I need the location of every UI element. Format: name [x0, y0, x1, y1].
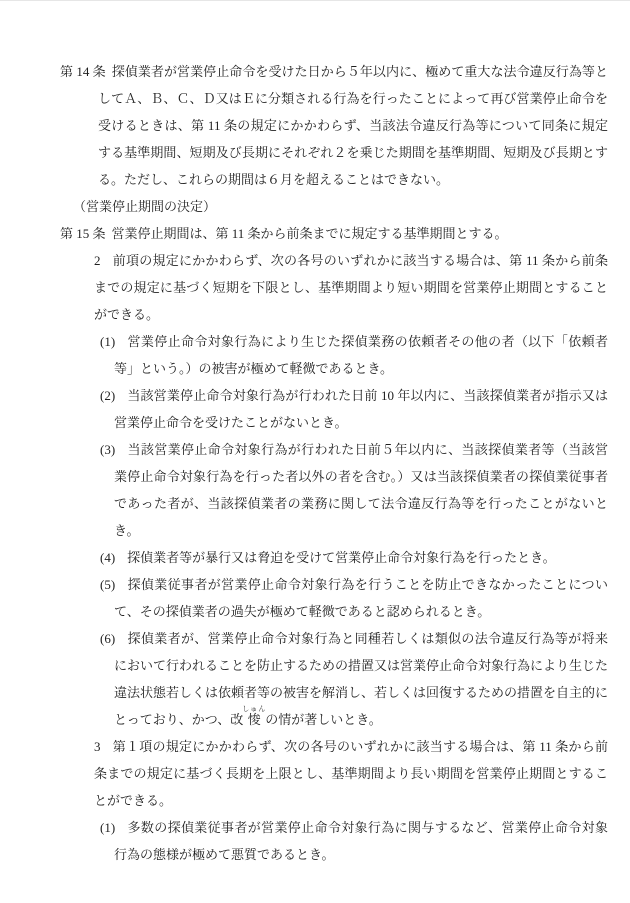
item-4-text: 探偵業者等が暴行又は脅迫を受けて営業停止命令対象行為を行ったとき。 — [127, 550, 555, 565]
paragraph-2-number: 2 — [94, 253, 101, 268]
paragraph-3-text: 第１項の規定にかかわらず、次の各号のいずれかに該当する場合は、第 11 条から前… — [94, 739, 608, 808]
article-14-number: 第 14 条 — [60, 64, 106, 79]
item-4-number: (4) — [100, 550, 115, 565]
paragraph-2-item-2: (2)当該営業停止命令対象行為が行われた日前 10 年以内に、当該探偵業者が指示… — [60, 382, 608, 436]
paragraph-2-text: 前項の規定にかかわらず、次の各号のいずれかに該当する場合は、第 11 条から前条… — [94, 253, 608, 322]
item-6-number: (6) — [100, 631, 115, 646]
item-3-text: 当該営業停止命令対象行為が行われた日前５年以内に、当該探偵業者等（当該営業停止命… — [114, 442, 608, 538]
document-page: 第 14 条探偵業者が営業停止命令を受けた日から５年以内に、極めて重大な法令違反… — [0, 0, 630, 903]
section-heading-text: （営業停止期間の決定） — [73, 199, 216, 214]
paragraph-2-item-5: (5)探偵業従事者が営業停止命令対象行為を行うことを防止できなかったことについて… — [60, 571, 608, 625]
article-15-number: 第 15 条 — [60, 226, 106, 241]
article-15: 第 15 条営業停止期間は、第 11 条から前条までに規定する基準期間とする。 — [60, 220, 608, 247]
ruby-furigana-text: しゅん — [242, 705, 266, 713]
article-15-paragraph-2: 2前項の規定にかかわらず、次の各号のいずれかに該当する場合は、第 11 条から前… — [60, 247, 608, 328]
section-heading-suspension-period: （営業停止期間の決定） — [60, 193, 608, 220]
paragraph-2-item-1: (1)営業停止命令対象行為により生じた探偵業務の依頼者その他の者（以下「依頼者等… — [60, 328, 608, 382]
paragraph-2-item-4: (4)探偵業者等が暴行又は脅迫を受けて営業停止命令対象行為を行ったとき。 — [60, 544, 608, 571]
paragraph-3-item-1: (1)多数の探偵業従事者が営業停止命令対象行為に関与するなど、営業停止命令対象行… — [60, 814, 608, 868]
paragraph-2-item-3: (3)当該営業停止命令対象行為が行われた日前５年以内に、当該探偵業者等（当該営業… — [60, 436, 608, 544]
article-15-text: 営業停止期間は、第 11 条から前条までに規定する基準期間とする。 — [112, 226, 508, 241]
article-14-text: 探偵業者が営業停止命令を受けた日から５年以内に、極めて重大な法令違反行為等として… — [98, 64, 608, 187]
item-5-text: 探偵業従事者が営業停止命令対象行為を行うことを防止できなかったことについて、その… — [114, 577, 608, 619]
item-3-number: (3) — [100, 442, 115, 457]
paragraph-3-item-1-text: 多数の探偵業従事者が営業停止命令対象行為に関与するなど、営業停止命令対象行為の態… — [114, 820, 608, 862]
item-6-text-after-ruby: の情が著しいとき。 — [265, 712, 381, 727]
item-2-number: (2) — [100, 388, 115, 403]
paragraph-3-item-1-number: (1) — [100, 820, 115, 835]
paragraph-2-item-6: (6)探偵業者が、営業停止命令対象行為と同種若しくは類似の法令違反行為等が将来に… — [60, 625, 608, 733]
article-14: 第 14 条探偵業者が営業停止命令を受けた日から５年以内に、極めて重大な法令違反… — [60, 58, 608, 193]
item-5-number: (5) — [100, 577, 115, 592]
ruby-base-character: 悛 — [242, 712, 266, 727]
article-15-paragraph-3: 3第１項の規定にかかわらず、次の各号のいずれかに該当する場合は、第 11 条から… — [60, 733, 608, 814]
ruby-kaishun: 悛しゅん — [245, 712, 263, 727]
paragraph-3-number: 3 — [94, 739, 101, 754]
item-1-number: (1) — [100, 334, 115, 349]
item-1-text: 営業停止命令対象行為により生じた探偵業務の依頼者その他の者（以下「依頼者等」とい… — [114, 334, 608, 376]
item-2-text: 当該営業停止命令対象行為が行われた日前 10 年以内に、当該探偵業者が指示又は営… — [114, 388, 608, 430]
